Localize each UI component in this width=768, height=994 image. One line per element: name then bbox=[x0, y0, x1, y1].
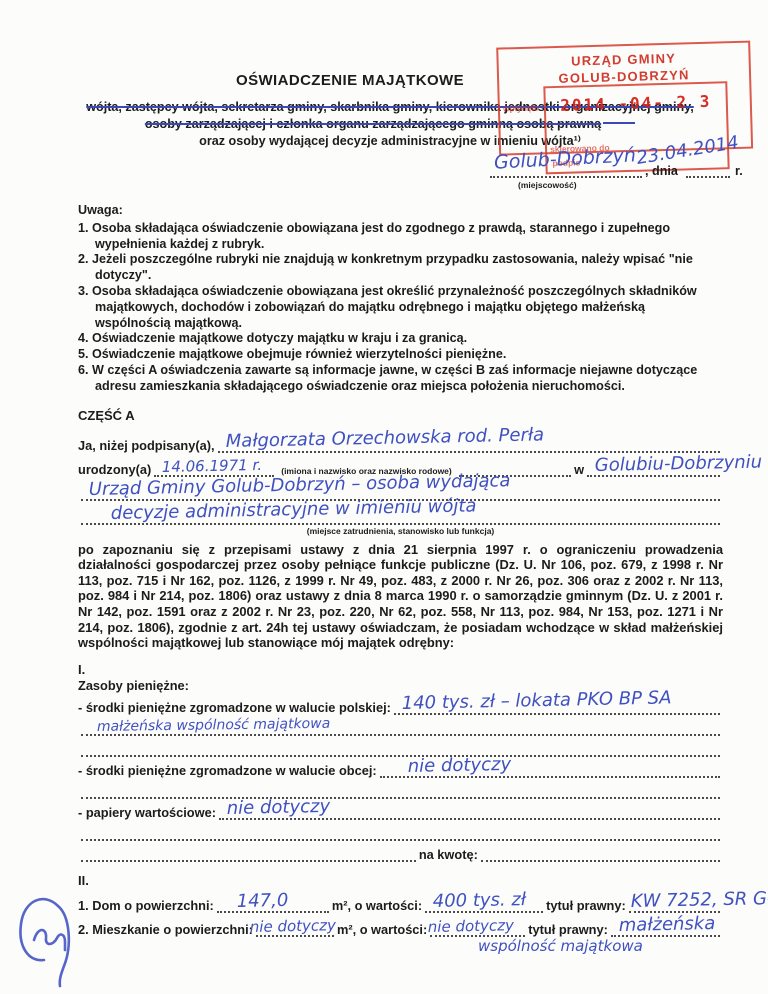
handwritten-securities: nie dotyczy bbox=[227, 796, 331, 819]
scanned-asset-declaration-page: OŚWIADCZENIE MAJĄTKOWE wójta, zastępcy w… bbox=[0, 0, 768, 994]
handwritten-birth-date: 14.06.1971 r. bbox=[162, 455, 263, 475]
pln-funds-row-2: małżeńska wspólność majątkowa bbox=[78, 715, 723, 736]
dotted-line: nie dotyczy bbox=[430, 922, 525, 937]
part-a-heading: CZĘŚĆ A bbox=[78, 408, 723, 423]
house-row: 1. Dom o powierzchni: 147,0 m², o wartoś… bbox=[78, 889, 723, 913]
blank-row bbox=[78, 820, 723, 841]
in-label: w bbox=[574, 462, 584, 477]
declarant-row: Ja, niżej podpisany(a), Małgorzata Orzec… bbox=[78, 429, 723, 453]
dotted-line bbox=[686, 176, 730, 178]
fx-funds-row: - środki pieniężne zgromadzone w walucie… bbox=[78, 757, 723, 778]
securities-row: - papiery wartościowe: nie dotyczy bbox=[78, 799, 723, 820]
handwritten-house-value: 400 tys. zł bbox=[433, 889, 527, 912]
handwritten-apartment-title-2: wspólność majątkowa bbox=[478, 937, 643, 955]
handwritten-place: Golub-Dobrzyń bbox=[494, 144, 637, 173]
form-header: OŚWIADCZENIE MAJĄTKOWE wójta, zastępcy w… bbox=[0, 0, 768, 205]
place-and-date-line: Golub-Dobrzyń , dnia r. 23.04.2014 (miej… bbox=[490, 146, 760, 196]
dotted-line: 147,0 bbox=[217, 898, 329, 913]
dotted-line bbox=[481, 847, 720, 862]
pln-funds-row: - środki pieniężne zgromadzone w walucie… bbox=[78, 694, 723, 715]
dotted-line bbox=[81, 742, 720, 757]
stamp-date: 2014 -04- 2 3 bbox=[546, 91, 726, 115]
dotted-line: 140 tys. zł – lokata PKO BP SA bbox=[394, 700, 720, 715]
apartment-label: 2. Mieszkanie o powierzchni: bbox=[78, 922, 253, 937]
dotted-line: 400 tys. zł bbox=[425, 898, 543, 913]
handwritten-apartment-title-1: małżeńska bbox=[618, 913, 715, 936]
place-caption: (miejscowość) bbox=[518, 180, 577, 190]
employment-row-2: decyzje administracyjne w imieniu wójta bbox=[78, 501, 723, 525]
apartment-row: 2. Mieszkanie o powierzchni: nie dotyczy… bbox=[78, 913, 723, 937]
amount-label: na kwotę: bbox=[419, 847, 478, 862]
note-item: 5. Oświadczenie majątkowe obejmuje równi… bbox=[78, 347, 723, 363]
note-item: 3. Osoba składająca oświadczenie obowiąz… bbox=[78, 284, 723, 331]
born-label: urodzony(a) bbox=[78, 462, 151, 477]
notes-heading: Uwaga: bbox=[78, 203, 723, 219]
handwritten-fx-funds: nie dotyczy bbox=[407, 754, 511, 777]
note-item: 6. W części A oświadczenia zawarte są in… bbox=[78, 363, 723, 395]
handwritten-apartment-value: nie dotyczy bbox=[428, 916, 514, 936]
section-ii-numeral: II. bbox=[78, 873, 723, 889]
dotted-line: małżeńska wspólność majątkowa bbox=[81, 721, 720, 736]
handwritten-birthplace: Golubiu-Dobrzyniu bbox=[595, 451, 763, 475]
note-item: 4. Oświadczenie majątkowe dotyczy majątk… bbox=[78, 331, 723, 347]
note-item: 1. Osoba składająca oświadczenie obowiąz… bbox=[78, 221, 723, 253]
dotted-line: nie dotyczy bbox=[380, 763, 720, 778]
dotted-line: decyzje administracyjne w imieniu wójta bbox=[81, 510, 720, 525]
handwritten-apartment-area: nie dotyczy bbox=[250, 916, 336, 936]
handwritten-house-title: KW 7252, SR G-D bbox=[630, 887, 768, 911]
dotted-line bbox=[81, 784, 720, 799]
employment-caption: (miejsce zatrudnienia, stanowisko lub fu… bbox=[78, 526, 723, 536]
notes-block: Uwaga: 1. Osoba składająca oświadczenie … bbox=[78, 203, 723, 395]
stamp-received-label: wpłynęło bbox=[503, 102, 540, 113]
legal-title-label: tytuł prawny: bbox=[528, 922, 608, 937]
dotted-line bbox=[81, 847, 416, 862]
blank-row bbox=[78, 736, 723, 757]
blank-row bbox=[78, 778, 723, 799]
note-item: 2. Jeżeli poszczególne rubryki nie znajd… bbox=[78, 252, 723, 284]
dotted-line: nie dotyczy bbox=[256, 922, 334, 937]
house-label: 1. Dom o powierzchni: bbox=[78, 898, 214, 913]
dotted-line: 14.06.1971 r. bbox=[154, 462, 274, 477]
dotted-line bbox=[490, 176, 642, 178]
pln-funds-label: - środki pieniężne zgromadzone w walucie… bbox=[78, 700, 391, 715]
legal-basis-paragraph: po zapoznaniu się z przepisami ustawy z … bbox=[78, 542, 723, 651]
handwritten-house-area: 147,0 bbox=[236, 890, 288, 912]
apartment-title-continuation: wspólność majątkowa bbox=[478, 937, 723, 959]
dotted-line: Małgorzata Orzechowska rod. Perła bbox=[218, 438, 720, 453]
area-unit-label: m², o wartości: bbox=[332, 898, 422, 913]
initials-paraph-icon bbox=[14, 890, 86, 994]
section-i-numeral: I. bbox=[78, 662, 723, 678]
dotted-line bbox=[81, 826, 720, 841]
handwritten-ownership-note: małżeńska wspólność majątkowa bbox=[97, 715, 331, 734]
dotted-line: małżeńska bbox=[611, 922, 720, 937]
form-body: Uwaga: 1. Osoba składająca oświadczenie … bbox=[78, 203, 723, 959]
year-suffix-label: r. bbox=[735, 164, 743, 178]
dotted-line: Golubiu-Dobrzyniu bbox=[587, 462, 720, 477]
legal-title-label: tytuł prawny: bbox=[546, 898, 626, 913]
declarant-label: Ja, niżej podpisany(a), bbox=[78, 438, 215, 453]
dotted-line: nie dotyczy bbox=[219, 805, 720, 820]
handwritten-full-name: Małgorzata Orzechowska rod. Perła bbox=[225, 424, 544, 452]
area-unit-label: m², o wartości: bbox=[337, 922, 427, 937]
dotted-line: KW 7252, SR G-D bbox=[629, 898, 720, 913]
securities-label: - papiery wartościowe: bbox=[78, 805, 216, 820]
fx-funds-label: - środki pieniężne zgromadzone w walucie… bbox=[78, 763, 377, 778]
amount-row: na kwotę: bbox=[78, 841, 723, 862]
